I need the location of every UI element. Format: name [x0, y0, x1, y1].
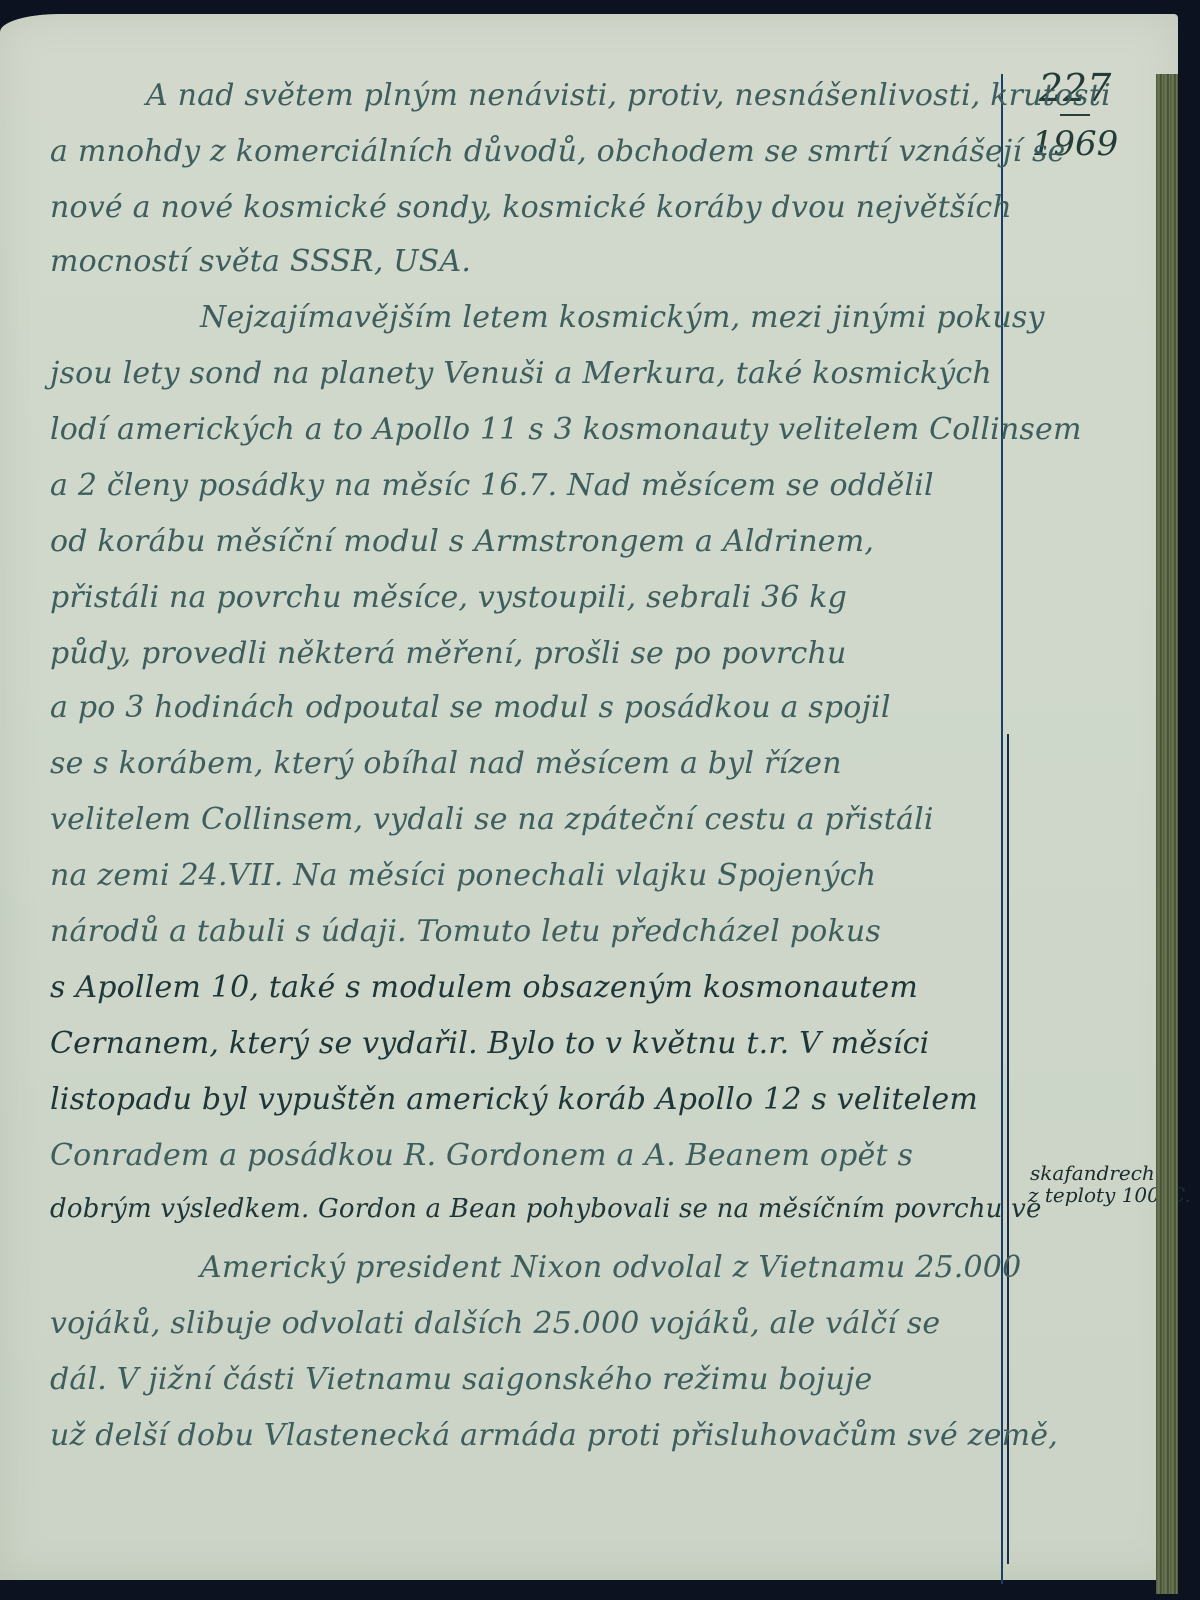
text-line: přistáli na povrchu měsíce, vystoupili, … [50, 580, 847, 615]
text-line: půdy, provedli některá měření, prošli se… [50, 636, 847, 671]
text-line: dál. V jižní části Vietnamu saigonského … [50, 1362, 873, 1397]
margin-note-line-1: skafandrech [1030, 1162, 1155, 1184]
text-line: lodí amerických a to Apollo 11 s 3 kosmo… [50, 412, 1082, 447]
text-line: nové a nové kosmické sondy, kosmické kor… [50, 190, 1012, 225]
text-line: A nad světem plným nenávisti, protiv, ne… [50, 78, 1111, 113]
text-line: s Apollem 10, také s modulem obsazeným k… [50, 970, 918, 1005]
notebook-page: 227 1969 A nad světem plným nenávisti, p… [0, 14, 1178, 1580]
text-line: a po 3 hodinách odpoutal se modul s posá… [50, 690, 891, 725]
text-line: Conradem a posádkou R. Gordonem a A. Bea… [50, 1138, 913, 1173]
text-line: od korábu měsíční modul s Armstrongem a … [50, 524, 874, 559]
text-line: Nejzajímavějším letem kosmickým, mezi ji… [50, 300, 1045, 335]
text-line: vojáků, slibuje odvolati dalších 25.000 … [50, 1306, 940, 1341]
text-line: na zemi 24.VII. Na měsíci ponechali vlaj… [50, 858, 876, 893]
text-line: už delší dobu Vlastenecká armáda proti p… [50, 1418, 1058, 1453]
page-number-divider [1060, 114, 1090, 116]
text-line: velitelem Collinsem, vydali se na zpáteč… [50, 802, 934, 837]
text-line: se s korábem, který obíhal nad měsícem a… [50, 746, 842, 781]
text-line: Americký president Nixon odvolal z Vietn… [50, 1250, 1021, 1285]
text-line: národů a tabuli s údaji. Tomuto letu pře… [50, 914, 881, 949]
text-line: a 2 členy posádky na měsíc 16.7. Nad měs… [50, 468, 934, 503]
text-line: mocností světa SSSR, USA. [50, 244, 471, 279]
page-stack-edges [1156, 74, 1178, 1594]
text-line: a mnohdy z komerciálních důvodů, obchode… [50, 134, 1066, 169]
text-line: Cernanem, který se vydařil. Bylo to v kv… [50, 1026, 929, 1061]
scanned-document: 227 1969 A nad světem plným nenávisti, p… [0, 0, 1200, 1600]
text-line: dobrým výsledkem. Gordon a Bean pohybova… [50, 1194, 1042, 1224]
text-line: jsou lety sond na planety Venuši a Merku… [50, 356, 992, 391]
text-line: listopadu byl vypuštěn americký koráb Ap… [50, 1082, 978, 1117]
